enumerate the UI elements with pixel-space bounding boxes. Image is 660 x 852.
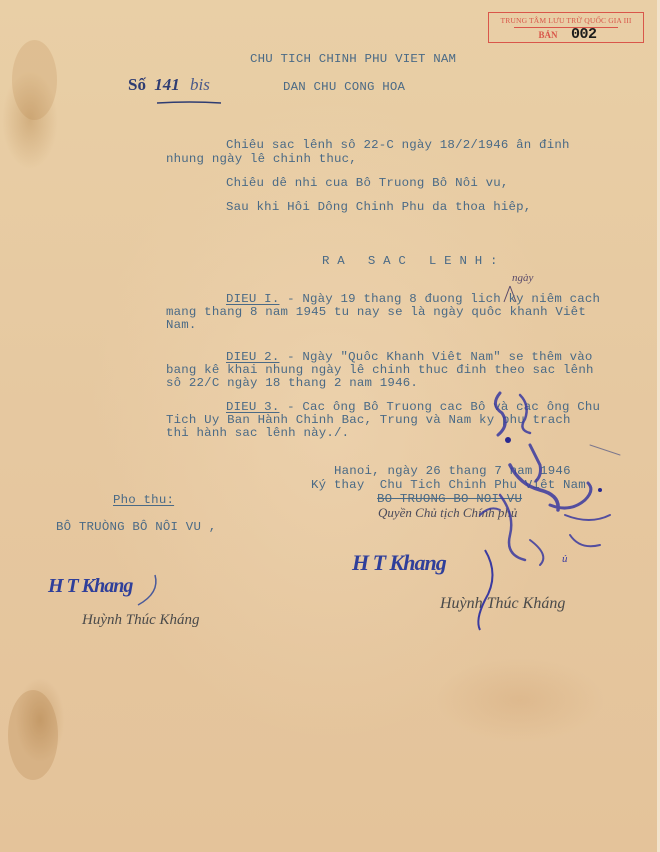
preamble-line-1: Chiêu sac lênh sô 22-C ngày 18/2/1946 ân…: [226, 139, 570, 152]
countersign-signature: H T Khang: [48, 575, 132, 598]
archive-stamp-copy: BẢN 002: [489, 30, 643, 40]
reference-label: Số: [128, 75, 146, 94]
reference-suffix: bis: [190, 75, 210, 94]
decree-heading: R A S A C L E N H :: [322, 255, 498, 268]
paper-stain: [8, 690, 58, 780]
reference-underline: [155, 100, 225, 106]
article-1-label: DIEU I.: [226, 292, 279, 306]
article-2-label: DIEU 2.: [226, 350, 279, 364]
article-3-label: DIEU 3.: [226, 400, 279, 414]
reference-value: 141: [154, 75, 180, 94]
archive-stamp-copy-label: BẢN: [538, 30, 557, 40]
archive-stamp: TRUNG TÂM LƯU TRỮ QUỐC GIA III BẢN 002: [488, 12, 644, 43]
signature-tail: [455, 545, 515, 635]
article-1-line-3: Nam.: [166, 319, 197, 332]
article-1-text: - Ngày 19 thang 8 đuong lich ky niêm cac…: [279, 292, 600, 306]
article-2-line-3: sô 22/C ngày 18 thang 2 nam 1946.: [166, 377, 418, 390]
archive-stamp-copy-number: 002: [571, 26, 597, 43]
archive-stamp-title: TRUNG TÂM LƯU TRỮ QUỐC GIA III: [489, 16, 643, 25]
countersign-signature-name: Huỳnh Thúc Kháng: [82, 612, 200, 629]
countersign-tail: [130, 573, 170, 613]
article-2-text: - Ngày "Quôc Khanh Viêt Nam" se thêm vào: [279, 350, 592, 364]
article-3-line-3: thi hành sac lênh này./.: [166, 427, 349, 440]
preamble-line-3: Chiêu dê nhi cua Bô Truong Bô Nôi vu,: [226, 177, 509, 190]
countersign-label: Pho thu:: [113, 494, 174, 507]
main-signature: H T Khang: [352, 550, 446, 576]
header-title-line1: CHU TICH CHINH PHU VIET NAM: [250, 53, 456, 66]
countersign-title: BÔ TRUÒNG BÔ NÔI VU ,: [56, 521, 216, 534]
reference-number: Số 141 bis: [128, 75, 210, 95]
preamble-line-4: Sau khi Hôi Dông Chinh Phu da thoa hiêp,: [226, 201, 531, 214]
archive-stamp-rule: [514, 27, 618, 28]
paper-stain: [12, 40, 57, 120]
document-page: TRUNG TÂM LƯU TRỮ QUỐC GIA III BẢN 002 C…: [0, 0, 660, 852]
header-title-line2: DAN CHU CONG HOA: [283, 81, 405, 94]
preamble-line-2: nhung ngày lê chinh thuc,: [166, 153, 357, 166]
signature-mark: ủ: [562, 553, 568, 565]
article-1-line-2: mang thang 8 nam 1945 tu nay se là ngày …: [166, 306, 586, 319]
